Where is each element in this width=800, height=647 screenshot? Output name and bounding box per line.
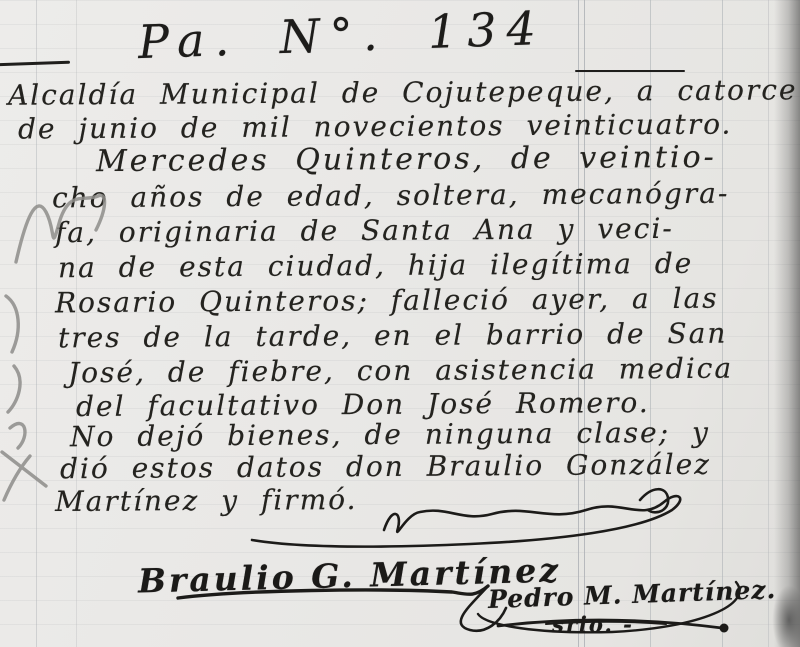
record-line: cho años de edad, soltera, mecanógra- — [52, 177, 730, 215]
record-line: Alcaldía Municipal de Cojutepeque, a cat… — [8, 73, 798, 112]
record-line: fa, originaria de Santa Ana y veci- — [55, 212, 674, 249]
record-line: na de esta ciudad, hija ilegítima de — [58, 247, 694, 284]
record-line-name: Mercedes Quinteros, de veintio- — [96, 140, 717, 179]
record-line: dió estos datos don Braulio González — [60, 448, 711, 486]
secretary-title: srio. - — [552, 612, 634, 637]
scanned-death-record-page: Pa. N°. 134 Alcaldía Municipal de Cojute… — [0, 0, 800, 647]
record-line: José, de fiebre, con asistencia medica — [68, 352, 733, 390]
record-line: tres de la tarde, en el barrio de San — [58, 317, 728, 355]
entry-separator-dash-left — [0, 61, 70, 67]
record-line: Martínez y firmó. — [55, 483, 358, 518]
entry-separator-dash-right — [575, 70, 685, 72]
record-number: Pa. N°. 134 — [137, 1, 546, 69]
record-line: Rosario Quinteros; falleció ayer, a las — [55, 282, 719, 320]
